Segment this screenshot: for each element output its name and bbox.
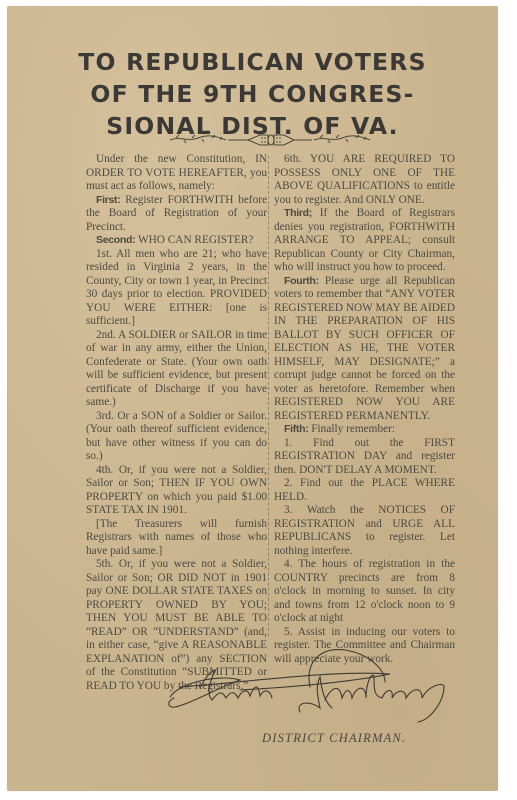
left-column: Under the new Constitution, IN ORDER TO … xyxy=(86,153,267,693)
paragraph: First: Register FORTHWITH before the Boa… xyxy=(86,194,267,235)
title-line: OF THE 9TH CONGRES- xyxy=(7,78,498,110)
section-lead: First: xyxy=(96,194,120,206)
section-lead: Fourth: xyxy=(284,275,319,287)
paragraph: 3rd. Or a SON of a Soldier or Sailor. (Y… xyxy=(86,410,267,464)
paragraph: 6th. YOU ARE REQUIRED TO POSSESS ONLY ON… xyxy=(274,153,455,207)
page-title: TO REPUBLICAN VOTERS OF THE 9TH CONGRES-… xyxy=(7,46,498,142)
paragraph: 2. Find out the PLACE WHERE HELD. xyxy=(274,477,455,504)
column-divider xyxy=(268,156,269,636)
section-lead: Third; xyxy=(284,207,312,219)
section-lead: Fifth: xyxy=(284,423,308,435)
paragraph: [The Treasurers will furnish Registrars … xyxy=(86,518,267,559)
paragraph: Fourth: Please urge all Republican voter… xyxy=(274,275,455,424)
signatory-title: DISTRICT CHAIRMAN. xyxy=(262,731,462,746)
paragraph: 4th. Or, if you were not a Soldier, Sail… xyxy=(86,464,267,518)
title-line: TO REPUBLICAN VOTERS xyxy=(7,46,498,78)
paragraph: 1. Find out the FIRST REGISTRATION DAY a… xyxy=(274,437,455,478)
handwritten-signature-icon xyxy=(160,642,470,732)
paragraph: Second: WHO CAN REGISTER? xyxy=(86,234,267,248)
vine-ornament-icon xyxy=(168,132,372,146)
paragraph: Under the new Constitution, IN ORDER TO … xyxy=(86,153,267,194)
paragraph: 1st. All men who are 21; who have reside… xyxy=(86,248,267,329)
paragraph: Third; If the Board of Registrars denies… xyxy=(274,207,455,275)
paragraph: Fifth: Finally remember: xyxy=(274,423,455,437)
right-column: 6th. YOU ARE REQUIRED TO POSSESS ONLY ON… xyxy=(274,153,455,666)
paragraph: 4. The hours of registration in the COUN… xyxy=(274,558,455,626)
paragraph: 3. Watch the NOTICES OF REGISTRATION and… xyxy=(274,504,455,558)
paragraph: 2nd. A SOLDIER or SAILOR in time of war … xyxy=(86,329,267,410)
section-lead: Second: xyxy=(96,234,135,246)
